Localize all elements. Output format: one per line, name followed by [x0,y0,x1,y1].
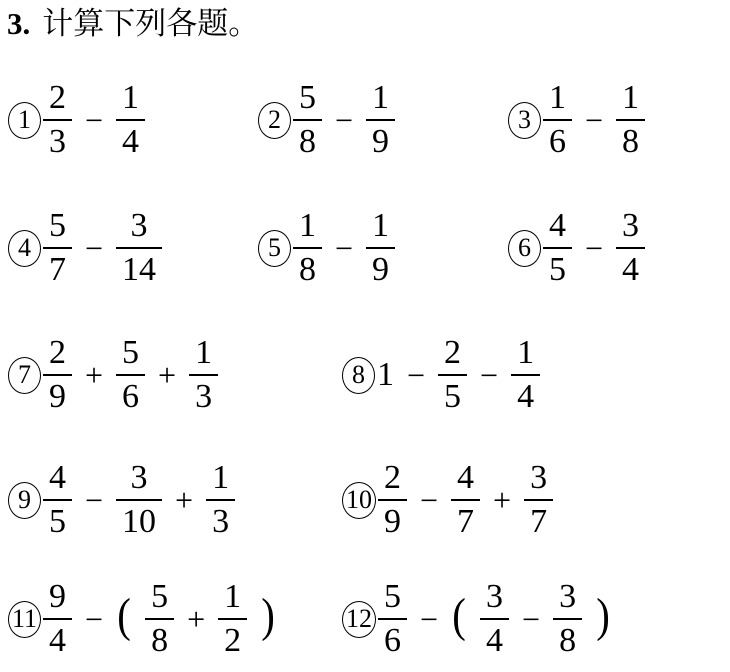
denominator: 9 [43,376,72,414]
problem-1: 123−14 [8,81,258,159]
numerator: 5 [145,580,174,618]
numerator: 4 [543,209,572,247]
expression: 29+56+13 [43,336,218,414]
denominator: 4 [511,376,540,414]
problem-2: 258−19 [258,81,508,159]
problem-row: 729+56+1381−25−14 [8,327,730,423]
exercise-number: 3. [7,6,30,41]
fraction: 23 [43,81,72,159]
denominator: 9 [366,249,395,287]
fraction: 16 [543,81,572,159]
expression: 56−(34−38) [378,580,611,658]
numerator: 5 [43,209,72,247]
denominator: 8 [553,620,582,658]
minus-operator: − [420,484,438,516]
expression: 18−19 [293,209,395,287]
numerator: 1 [366,81,395,119]
fraction: 29 [43,336,72,414]
problem-row: 457−314518−19645−34 [8,200,730,296]
numerator: 1 [189,336,218,374]
problem-4: 457−314 [8,209,258,287]
denominator: 8 [293,121,322,159]
fraction: 45 [43,461,72,539]
fraction: 94 [43,580,72,658]
fraction: 14 [511,336,540,414]
minus-operator: − [335,232,353,264]
problem-number-badge: 2 [258,102,291,139]
denominator: 5 [438,376,467,414]
problem-5: 518−19 [258,209,508,287]
fraction: 29 [378,461,407,539]
denominator: 6 [543,121,572,159]
problem-8: 81−25−14 [342,336,676,414]
problem-7: 729+56+13 [8,336,342,414]
problem-6: 645−34 [508,209,730,287]
denominator: 9 [378,501,407,539]
denominator: 4 [480,620,509,658]
numerator: 3 [553,580,582,618]
denominator: 2 [218,620,247,658]
fraction: 19 [366,81,395,159]
expression: 57−314 [43,209,162,287]
denominator: 4 [43,620,72,658]
fraction: 47 [451,461,480,539]
problem-9: 945−310+13 [8,461,342,539]
numerator: 2 [43,81,72,119]
fraction: 310 [116,461,162,539]
numerator: 1 [543,81,572,119]
minus-operator: − [85,603,103,635]
minus-operator: − [335,104,353,136]
fraction: 18 [293,209,322,287]
problem-number-badge: 8 [342,357,375,394]
denominator: 3 [189,376,218,414]
numerator: 5 [293,81,322,119]
plus-operator: + [85,359,103,391]
parenthesis: ) [596,592,610,646]
denominator: 10 [116,501,162,539]
fraction: 57 [43,209,72,287]
numerator: 1 [293,209,322,247]
problem-number-badge: 9 [8,482,41,519]
numerator: 4 [451,461,480,499]
denominator: 6 [378,620,407,658]
denominator: 6 [116,376,145,414]
expression: 16−18 [543,81,645,159]
fraction: 37 [524,461,553,539]
numerator: 2 [378,461,407,499]
minus-operator: − [420,603,438,635]
denominator: 7 [451,501,480,539]
minus-operator: − [585,104,603,136]
problem-number-badge: 7 [8,357,41,394]
numerator: 9 [43,580,72,618]
problem-3: 316−18 [508,81,730,159]
numerator: 1 [218,580,247,618]
parenthesis: ( [452,592,466,646]
denominator: 9 [366,121,395,159]
fraction: 25 [438,336,467,414]
fraction: 314 [116,209,162,287]
problem-12: 1256−(34−38) [342,580,676,658]
numerator: 1 [366,209,395,247]
problem-number-badge: 3 [508,102,541,139]
numerator: 1 [116,81,145,119]
minus-operator: − [522,603,540,635]
numerator: 3 [480,580,509,618]
worksheet-page: 3.计算下列各题。 123−14258−19316−18457−314518−1… [0,0,730,672]
problem-number-badge: 4 [8,230,41,267]
fraction: 56 [116,336,145,414]
fraction: 14 [116,81,145,159]
exercise-instruction: 计算下列各题。 [42,6,259,41]
problem-11: 1194−(58+12) [8,580,342,658]
denominator: 7 [43,249,72,287]
problem-number-badge: 10 [342,482,376,519]
denominator: 4 [616,249,645,287]
fraction: 12 [218,580,247,658]
plus-operator: + [158,359,176,391]
numerator: 3 [125,461,154,499]
numerator: 2 [438,336,467,374]
expression: 45−310+13 [43,461,235,539]
plus-operator: + [493,484,511,516]
numerator: 3 [125,209,154,247]
denominator: 7 [524,501,553,539]
denominator: 8 [616,121,645,159]
parenthesis: ) [261,592,275,646]
fraction: 13 [189,336,218,414]
minus-operator: − [480,359,498,391]
denominator: 3 [206,501,235,539]
numerator: 5 [378,580,407,618]
problem-row: 945−310+131029−47+37 [8,452,730,548]
numerator: 5 [116,336,145,374]
fraction: 19 [366,209,395,287]
minus-operator: − [585,232,603,264]
expression: 58−19 [293,81,395,159]
whole-number: 1 [377,358,394,392]
exercise-title: 3.计算下列各题。 [7,5,259,42]
fraction: 56 [378,580,407,658]
fraction: 45 [543,209,572,287]
numerator: 1 [511,336,540,374]
denominator: 8 [293,249,322,287]
numerator: 1 [206,461,235,499]
denominator: 3 [43,121,72,159]
numerator: 1 [616,81,645,119]
minus-operator: − [407,359,425,391]
denominator: 4 [116,121,145,159]
parenthesis: ( [117,592,131,646]
problem-number-badge: 5 [258,230,291,267]
denominator: 5 [543,249,572,287]
expression: 29−47+37 [378,461,553,539]
problem-row: 1194−(58+12)1256−(34−38) [8,571,730,667]
problem-number-badge: 6 [508,230,541,267]
denominator: 5 [43,501,72,539]
expression: 1−25−14 [377,336,540,414]
numerator: 3 [524,461,553,499]
problem-number-badge: 1 [8,102,41,139]
expression: 94−(58+12) [43,580,276,658]
expression: 45−34 [543,209,645,287]
fraction: 58 [293,81,322,159]
minus-operator: − [85,104,103,136]
problem-number-badge: 11 [8,601,41,638]
problem-10: 1029−47+37 [342,461,676,539]
fraction: 13 [206,461,235,539]
problem-number-badge: 12 [342,601,376,638]
numerator: 2 [43,336,72,374]
plus-operator: + [187,603,205,635]
numerator: 4 [43,461,72,499]
plus-operator: + [175,484,193,516]
minus-operator: − [85,484,103,516]
fraction: 38 [553,580,582,658]
expression: 23−14 [43,81,145,159]
fraction: 58 [145,580,174,658]
numerator: 3 [616,209,645,247]
minus-operator: − [85,232,103,264]
fraction: 18 [616,81,645,159]
problem-row: 123−14258−19316−18 [8,72,730,168]
denominator: 8 [145,620,174,658]
fraction: 34 [480,580,509,658]
fraction: 34 [616,209,645,287]
denominator: 14 [116,249,162,287]
